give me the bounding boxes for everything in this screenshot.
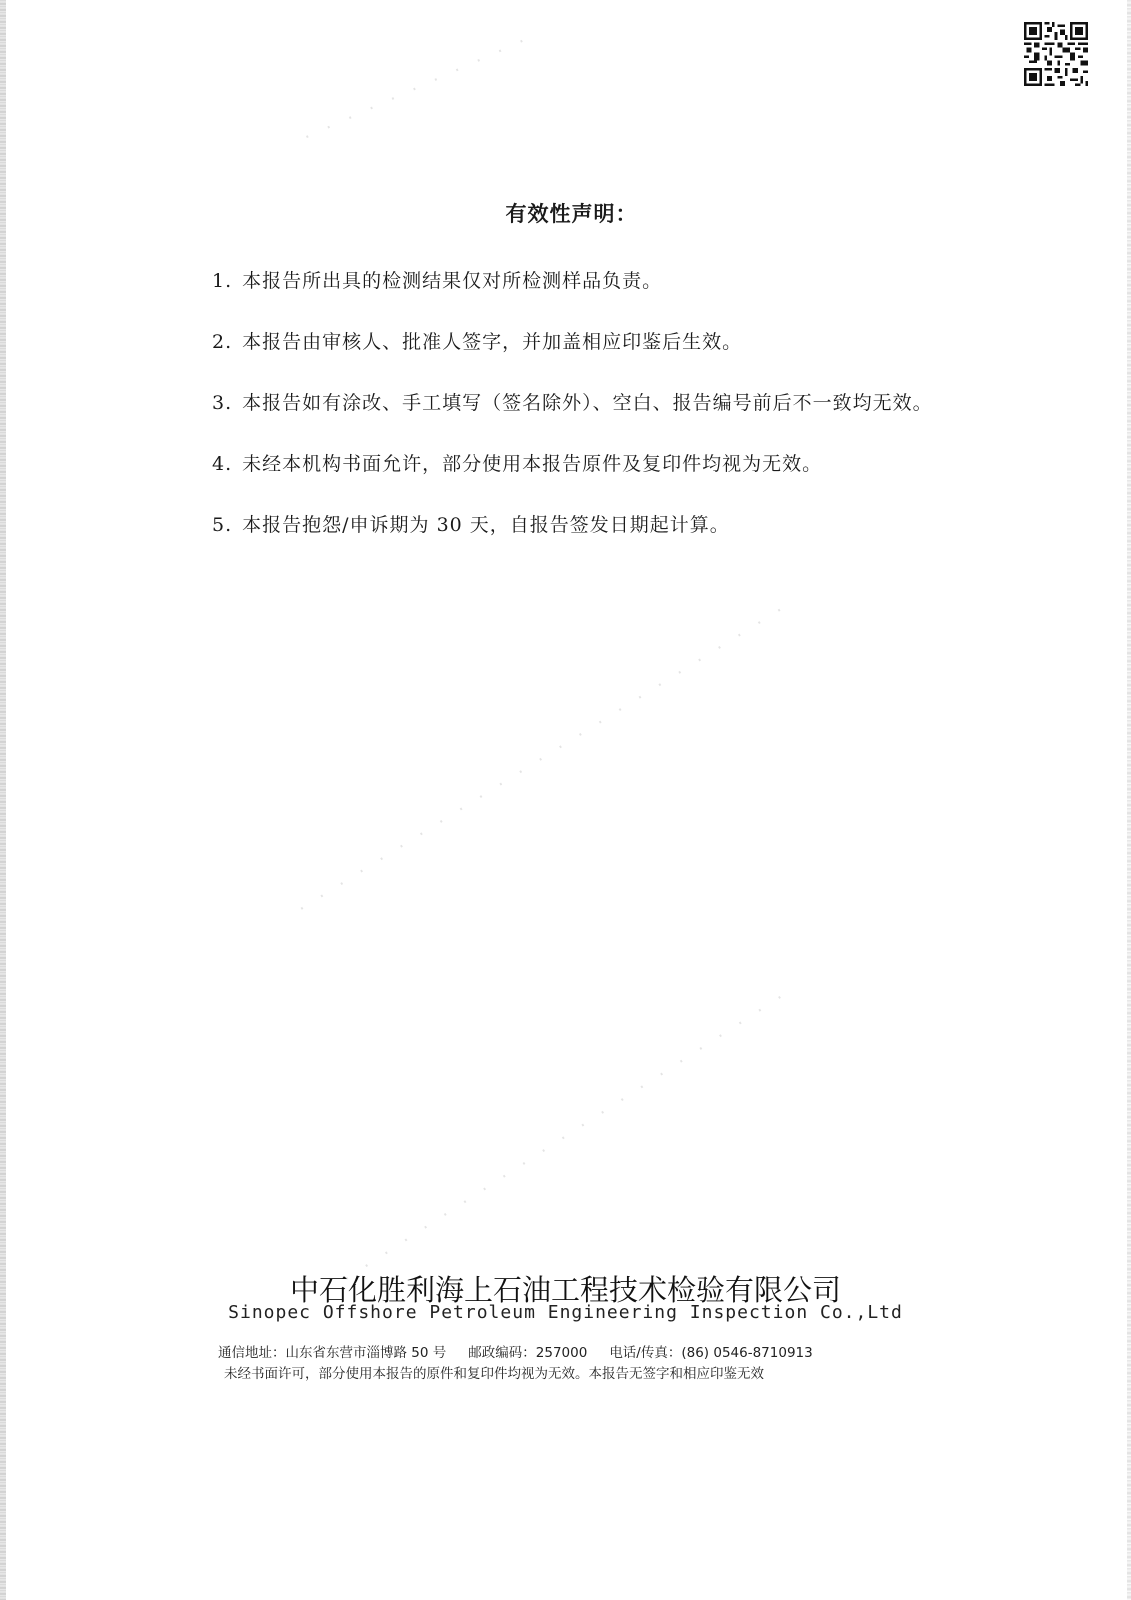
clause-text: 本报告由审核人、批准人签字，并加盖相应印鉴后生效。: [242, 331, 742, 353]
clause-text: 本报告抱怨/申诉期为 30 天，自报告签发日期起计算。: [242, 514, 730, 536]
watermark: · · · · · · · · · · · · · · · · · · · · …: [294, 605, 780, 920]
clause-number: 4.: [212, 453, 232, 475]
contact-info: 通信地址：山东省东营市淄博路 50 号邮政编码：257000电话/传真：(86)…: [218, 1341, 918, 1361]
clause-item: 3.本报告如有涂改、手工填写（签名除外）、空白、报告编号前后不一致均无效。: [166, 387, 946, 420]
page-title: 有效性声明：: [0, 198, 1131, 228]
footer-notice: 未经书面许可，部分使用本报告的原件和复印件均视为无效。本报告无签字和相应印鉴无效: [224, 1362, 924, 1382]
clause-item: 4.未经本机构书面允许，部分使用本报告原件及复印件均视为无效。: [166, 448, 946, 481]
clause-item: 5.本报告抱怨/申诉期为 30 天，自报告签发日期起计算。: [166, 509, 946, 542]
clause-item: 1.本报告所出具的检测结果仅对所检测样品负责。: [166, 265, 946, 298]
clause-number: 3.: [212, 392, 232, 414]
phone-fax: 电话/传真：(86) 0546-8710913: [609, 1345, 812, 1361]
clause-item: 2.本报告由审核人、批准人签字，并加盖相应印鉴后生效。: [166, 326, 946, 359]
address: 通信地址：山东省东营市淄博路 50 号: [218, 1345, 446, 1361]
watermark: · · · · · · · · · · ·: [301, 39, 511, 148]
postcode: 邮政编码：257000: [468, 1345, 587, 1361]
clause-number: 2.: [212, 331, 232, 353]
scan-edge-left: [0, 0, 6, 1600]
clause-number: 1.: [212, 270, 232, 292]
clause-text: 本报告如有涂改、手工填写（签名除外）、空白、报告编号前后不一致均无效。: [242, 392, 933, 414]
scan-edge-right: [1127, 0, 1131, 1600]
clause-text: 本报告所出具的检测结果仅对所检测样品负责。: [242, 270, 662, 292]
validity-clauses: 1.本报告所出具的检测结果仅对所检测样品负责。 2.本报告由审核人、批准人签字，…: [166, 265, 946, 570]
qr-code-icon: [1024, 22, 1088, 86]
clause-number: 5.: [212, 514, 232, 536]
company-name-en: Sinopec Offshore Petroleum Engineering I…: [0, 1302, 1131, 1323]
clause-text: 未经本机构书面允许，部分使用本报告原件及复印件均视为无效。: [242, 453, 822, 475]
watermark: · · · · · · · · · · · · · · · · · · · · …: [339, 988, 787, 1289]
